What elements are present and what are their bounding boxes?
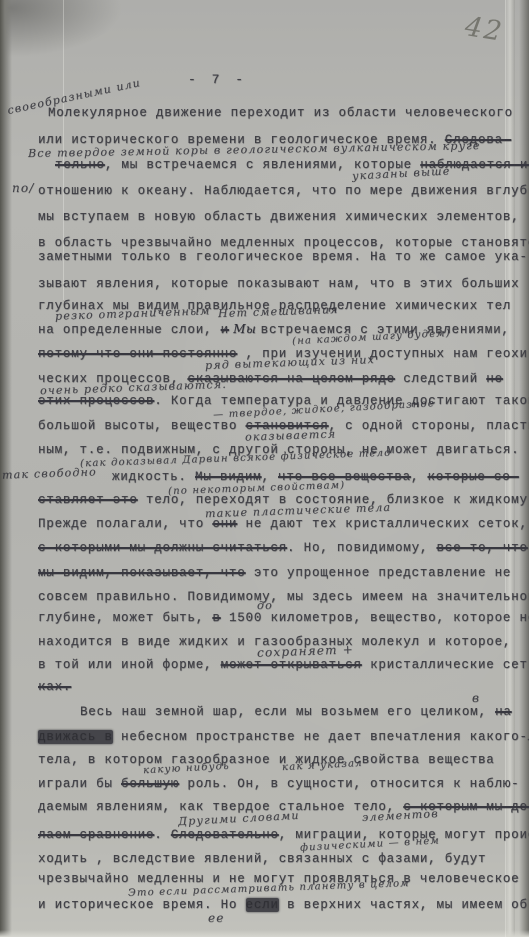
typed-text: , с одной стороны, пласти- <box>329 419 529 433</box>
struck-text: не <box>486 372 503 386</box>
typed-text: глубине, может быть, <box>38 611 212 625</box>
struck-text: мы видим, показывает, что <box>38 566 246 580</box>
scan-edge-bottom <box>0 930 529 937</box>
typed-text: даемым явлениям, как твердое стальное те… <box>38 800 403 814</box>
handwritten-note: до <box>257 599 273 612</box>
typed-text: это упрощенное представление не <box>246 566 512 580</box>
typed-text: играли бы <box>38 777 121 791</box>
typed-text: роль. Он, в сущности, относится к наблю- <box>179 777 519 791</box>
typed-text: зывают явления, которые показывают нам, … <box>38 277 519 291</box>
blotted-text: движась в <box>38 730 113 744</box>
typed-line: ходить , вследствие явлений, связанных с… <box>38 852 486 866</box>
typed-text: мы вступаем в новую область движения хим… <box>38 210 519 224</box>
struck-text: и <box>221 323 229 337</box>
typed-text: на определенные слои, <box>38 323 221 337</box>
typed-line: в той или иной форме, может открываться … <box>38 658 529 672</box>
typed-line: с которыми мы должны считаться. Но, пови… <box>38 541 528 555</box>
typed-text: в той или иной форме, <box>38 658 221 672</box>
typed-line: тельно, мы встречаемся с явлениями, кото… <box>55 158 529 172</box>
typed-text: в верхних частях, мы имеем об- <box>279 898 529 912</box>
typed-text: . <box>154 828 171 842</box>
typed-line: и историческое время. Но если в верхних … <box>38 898 529 912</box>
struck-text: на <box>495 705 512 719</box>
struck-text: которые со- <box>427 470 518 484</box>
typed-line: ках. <box>38 680 71 694</box>
typed-text: кристаллические сет- <box>362 658 529 672</box>
typed-text: , <box>411 470 428 484</box>
scan-edge-right <box>519 0 529 937</box>
typed-text: жидкость. <box>112 470 195 484</box>
handwritten-note: ее <box>208 911 225 925</box>
struck-text: тельно <box>55 158 105 172</box>
handwritten-note: Нет смешивания <box>218 303 339 320</box>
handwritten-note: по/ <box>12 181 35 195</box>
typed-text: в область чрезвычайно медленных процессо… <box>38 236 529 250</box>
typed-line: Молекулярное движение переходит из облас… <box>48 106 513 120</box>
typed-text: . Но, повидимому, <box>287 541 436 555</box>
typed-text: тела, в котором газообразное и жидкое св… <box>38 753 495 767</box>
struck-text: ставляет это <box>38 493 138 507</box>
handwritten-sheet-number: 42 <box>463 11 506 48</box>
typed-text: не дают тех кристаллических сеток, <box>237 517 528 531</box>
struck-text: с которыми мы должны считаться <box>38 541 287 555</box>
struck-text: ках. <box>38 680 71 694</box>
typed-text: большой высоты, вещество <box>38 419 246 433</box>
typed-text: Молекулярное движение переходит из облас… <box>48 106 513 120</box>
typed-line: отношению к океану. Наблюдается, что по … <box>38 184 529 198</box>
struck-text: все то, что <box>436 541 527 555</box>
handwritten-note: оказывается <box>245 427 337 443</box>
document-page: 42 - 7 - Молекулярное движение переходит… <box>0 0 529 937</box>
typed-line: мы вступаем в новую область движения хим… <box>38 210 519 224</box>
typed-text: и историческое время. Но <box>38 898 246 912</box>
typed-text: небесном пространстве не дает впечатлени… <box>113 730 529 744</box>
typed-line: заметными только в геологическое время. … <box>38 250 528 264</box>
struck-text: лаем сравнение <box>38 828 154 842</box>
struck-text: в <box>212 611 220 625</box>
hand-inline: Мы <box>229 322 261 336</box>
typed-text: заметными только в геологическое время. … <box>38 250 528 264</box>
typed-line: совсем правильно. Повидимому, мы здесь и… <box>38 590 529 604</box>
typed-line: Прежде полагали, что они не дают тех кри… <box>38 517 528 531</box>
handwritten-note: так свободно <box>2 465 97 481</box>
struck-text: может открываться <box>221 658 362 672</box>
typed-line: Весь наш земной шар, если мы возьмем его… <box>80 705 512 719</box>
handwritten-note: в <box>472 691 480 705</box>
typed-line: зывают явления, которые показывают нам, … <box>38 277 519 291</box>
typed-text: 1500 километров, вещество, которое не <box>221 611 529 625</box>
typed-line: играли бы большую роль. Он, в сущности, … <box>38 777 519 791</box>
struck-text: большую <box>121 777 179 791</box>
typed-text: совсем правильно. Повидимому, мы здесь и… <box>38 590 529 604</box>
typed-text: отношению к океану. Наблюдается, что по … <box>38 184 529 198</box>
typed-line: движась в небесном пространстве не дает … <box>38 730 529 744</box>
typed-text: Прежде полагали, что <box>38 517 212 531</box>
typed-line: в область чрезвычайно медленных процессо… <box>38 236 529 250</box>
struck-text: Следовательно <box>171 828 279 842</box>
handwritten-note: элементов <box>362 807 439 824</box>
typed-line: мы видим, показывает, что это упрощенное… <box>38 566 511 580</box>
struck-text: Мы видим <box>195 470 261 484</box>
typed-page-number: - 7 - <box>188 72 247 87</box>
typed-text: ходить , вследствие явлений, связанных с… <box>38 852 486 866</box>
typed-line: тела, в котором газообразное и жидкое св… <box>38 753 495 767</box>
blotted-text: если <box>246 898 279 912</box>
typed-text: Весь наш земной шар, если мы возьмем его… <box>80 705 495 719</box>
typed-text: следствий <box>395 372 486 386</box>
typed-line: глубине, может быть, в 1500 километров, … <box>38 611 529 625</box>
typed-line: лаем сравнение. Следовательно, миграции,… <box>38 828 529 842</box>
